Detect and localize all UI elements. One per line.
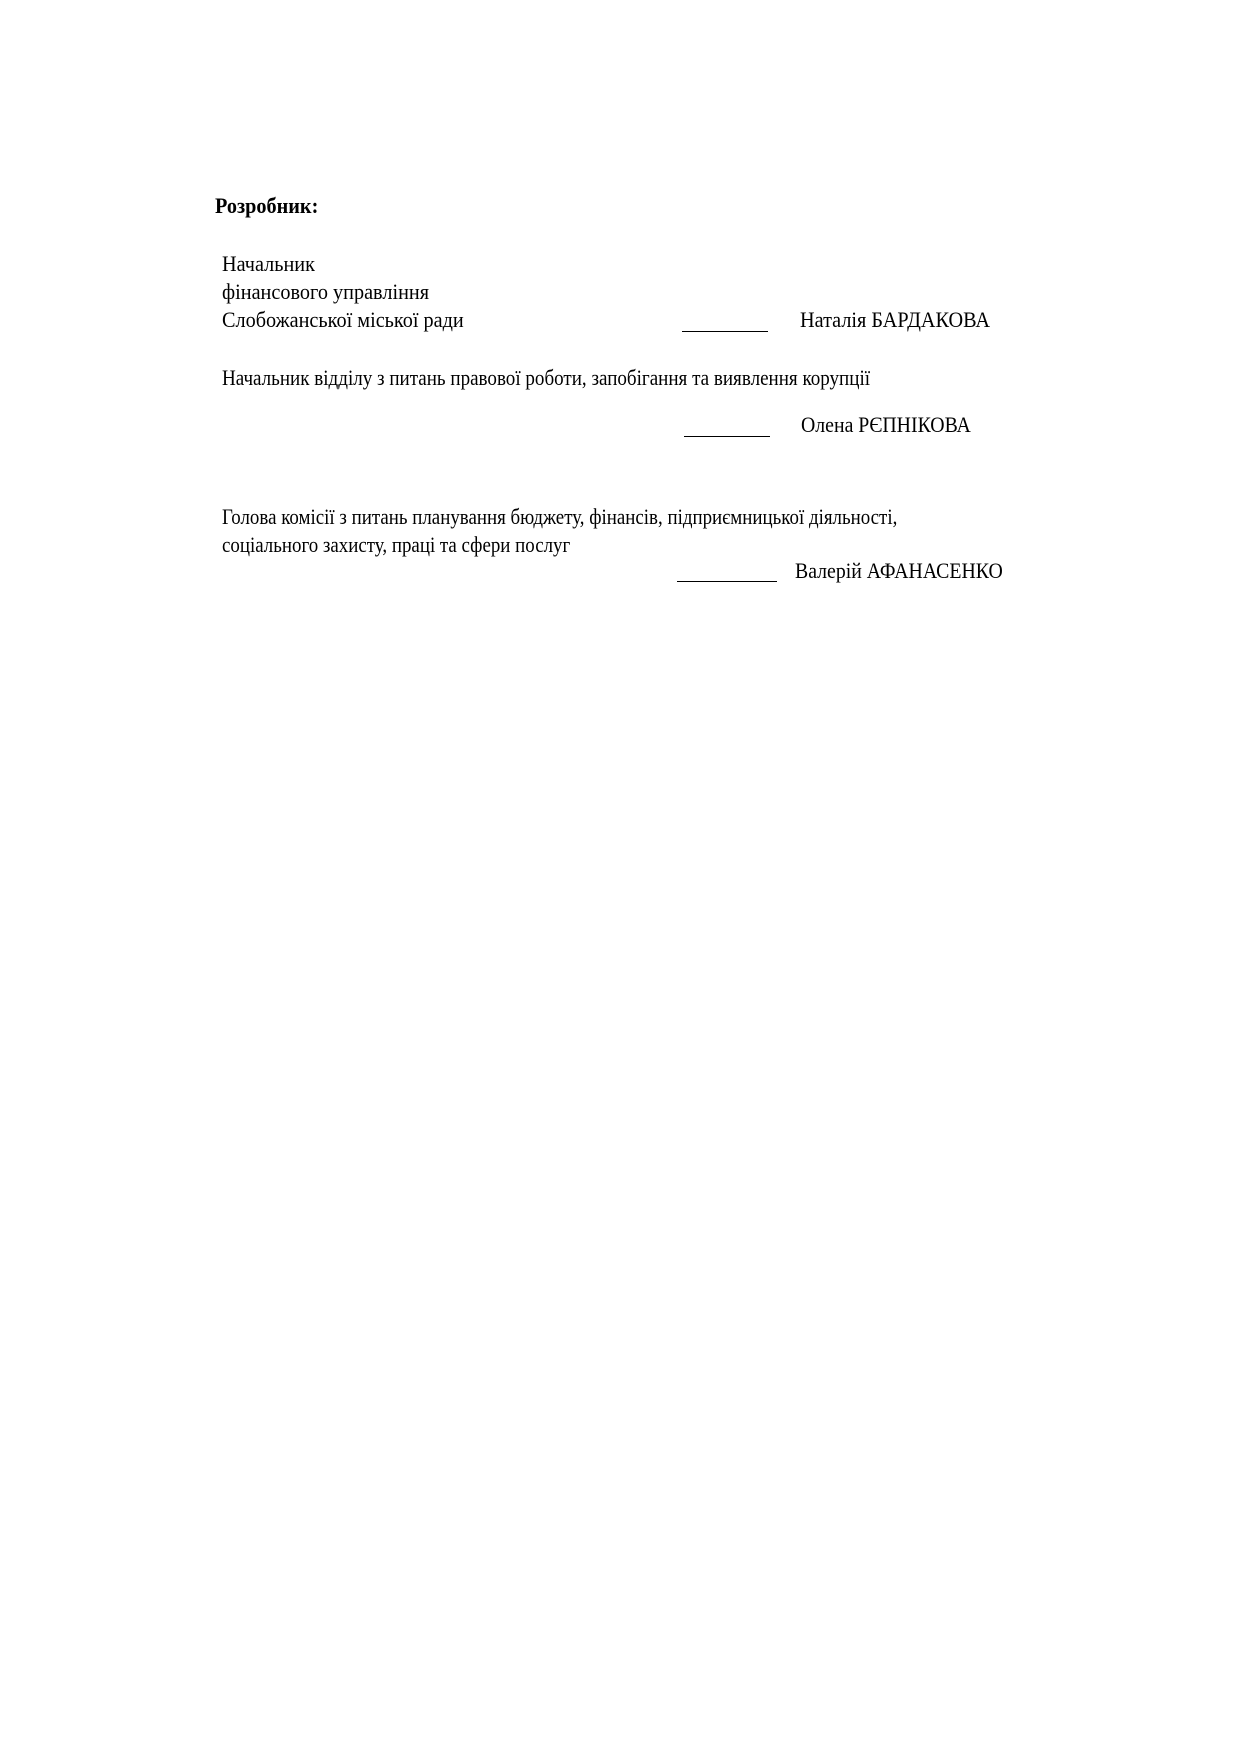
signatory-name: Наталія БАРДАКОВА [800,307,990,333]
position-line: Слобожанської міської ради [222,307,464,333]
signature-line [677,581,777,582]
signatory-name: Олена РЄПНІКОВА [801,412,971,438]
signature-line [684,436,770,437]
position-line: соціального захисту, праці та сфери посл… [222,532,570,558]
position-line: фінансового управління [222,279,429,305]
signature-line [682,331,768,332]
position-line: Начальник [222,251,315,277]
position-line: Начальник відділу з питань правової робо… [222,365,870,391]
position-line: Голова комісії з питань планування бюдже… [222,504,897,530]
signatory-name: Валерій АФАНАСЕНКО [795,558,1003,584]
developer-heading: Розробник: [215,193,318,219]
